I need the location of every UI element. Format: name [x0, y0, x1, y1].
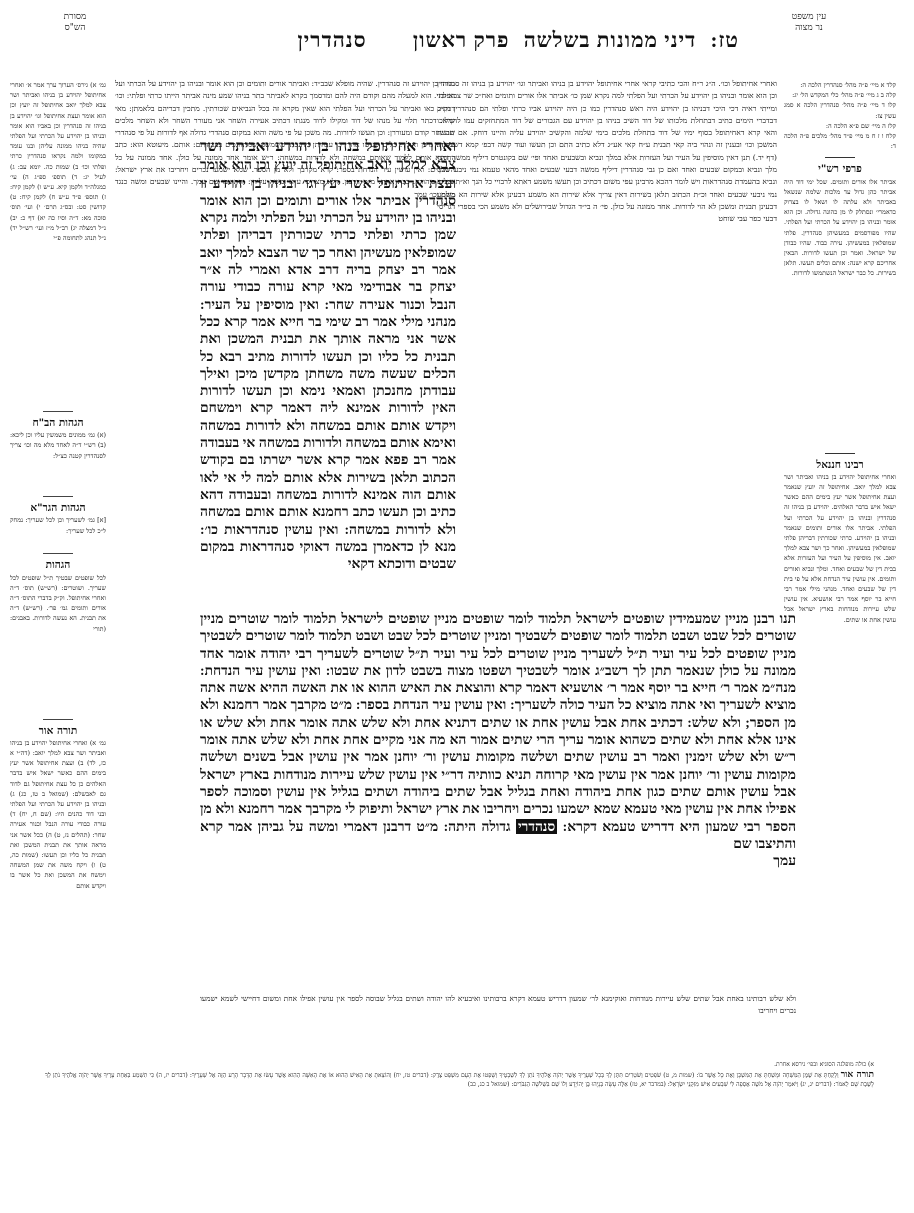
folio-number: טז:	[710, 28, 739, 52]
section-divider	[825, 157, 855, 158]
rabbeinu-chananel-text: ואחרי אחיתופל יהוידע בן בניהו ואביתר ושר…	[784, 472, 896, 912]
verse-item: וְהוֹצֵאתָ אֶת הָאִישׁ הַהוּא אוֹ אֶת הָ…	[156, 1072, 391, 1079]
pnei-rashi-heading: פרפי רש"י	[784, 164, 896, 174]
section-divider	[825, 453, 855, 454]
rashi-text: ואחרי אחיתופל וכו׳. ה״ג ר״ח והכי כתיבי ק…	[437, 78, 777, 226]
gemara-lower: תנו רבנן מניין שמעמידין שופטים לישראל תל…	[200, 610, 796, 995]
ein-mishpat-entry: קלז ה מיי׳ שם פ״א הלכה ה:	[784, 121, 896, 131]
masoret-hashas-text: גמ׳ א) גירס׳ הערוך ערך אמר א׳ ואחרי אחית…	[10, 80, 106, 405]
gemara-upper: ואחרי אחיתופל בנהו בן יהוידע ואביתר ושר …	[200, 138, 456, 608]
gemara-para-3: תנו רבנן מניין שמעמידין שופטים לישראל תל…	[200, 610, 796, 852]
hagahot-heading: הגהות	[10, 560, 106, 570]
hagahot-text: לכל שופטים שבטיך ת״ל שופטים לכל שעריך. ו…	[10, 573, 106, 713]
section-divider	[43, 719, 73, 720]
verse-item: אֵלֶּה עָשָׂה בְּנָיָהוּ בֶּן יְהוֹיָדָע…	[468, 1081, 628, 1088]
rabbeinu-chananel-heading: רבינו חננאל	[784, 460, 896, 470]
hagahot-habach-text: (א) גמ׳ ממונים משמשין עליו וכן ליכא: (ב)…	[10, 430, 106, 490]
ein-mishpat-entry: קלח ו ז ח מ מיי׳ פ״ד מהל׳ מלכים פ״ה הלכה…	[784, 131, 896, 151]
ein-mishpat-entry: קלו ד מיי׳ פ״ה מהל׳ סנהדרין הלכה א סמג ע…	[784, 100, 896, 120]
rashi-continuation: ולא שלש רבותינו באחת אבל שתים שלש עיירות…	[200, 993, 796, 1053]
tosafot-footnote: א) כולה מופלגה הסוגיא ובפי׳ גירסא אחרת.	[45, 1060, 874, 1069]
ein-mishpat-entry: קלה ב ג מיי׳ פ״ה מהל׳ כלי המקדש הל׳ יג:	[784, 90, 896, 100]
section-divider	[43, 553, 73, 554]
pnei-rashi-text: אביתר אלו אורים ותומים. שכל ימי דוד היה …	[784, 177, 896, 447]
ein-mishpat-entry: קלד א מיי׳ פ״ה מהל׳ סנהדרין הלכה ה:	[784, 80, 896, 90]
new-mishnah-marker: סנהדרי	[516, 819, 557, 834]
verse-references: א) כולה מופלגה הסוגיא ובפי׳ גירסא אחרת. …	[45, 1060, 874, 1140]
ein-mishpat-label: עין משפט נר מצוה	[784, 12, 834, 34]
perek-number: פרק ראשון	[413, 28, 510, 52]
page-title: טז: דיני ממונות בשלשה פרק ראשון סנהדרין	[297, 28, 739, 53]
chapter-name: דיני ממונות בשלשה	[524, 28, 696, 52]
hagahot-hagra-heading: הגהות הגר"א	[10, 503, 106, 513]
torah-or-text: גמ׳ א) ואחרי אחיתופל יהוידע בן בניהו ואב…	[10, 738, 106, 1038]
torah-or-heading: תורה אור	[10, 726, 106, 736]
verse-item: וְלָקַחְתָּ אֶת שֶׁמֶן הַמִּשְׁחָה וּמָש…	[663, 1072, 838, 1079]
verse-item: שֹׁפְטִים וְשֹׁטְרִים תִּתֶּן לְךָ בְּכָ…	[393, 1072, 661, 1079]
section-divider	[43, 411, 73, 412]
ein-mishpat-column: קלד א מיי׳ פ״ה מהל׳ סנהדרין הלכה ה: קלה …	[784, 80, 896, 1080]
tractate-name: סנהדרין	[297, 28, 366, 52]
hagahot-habach-heading: הגהות הב"ח	[10, 418, 106, 428]
catchword: עמך	[200, 852, 796, 869]
torah-or-footer-label: תורה אור	[841, 1070, 874, 1080]
masoret-label: מסורת הש"ס	[50, 12, 100, 34]
masoret-column: גמ׳ א) גירס׳ הערוך ערך אמר א׳ ואחרי אחית…	[10, 80, 106, 1090]
verse-item: וַיֹּאמֶר יְהֹוָה אֶל מֹשֶׁה אֶסְפָה לִּ…	[630, 1081, 798, 1088]
gemara-para-1: ואחרי אחיתופל בנהו בן יהוידע ואביתר ושר …	[200, 138, 456, 572]
section-divider	[43, 496, 73, 497]
hagahot-hagra-text: [א] גמ׳ לשעריך וכן לכל שעריך: נמחק ל״כ ל…	[10, 515, 106, 547]
